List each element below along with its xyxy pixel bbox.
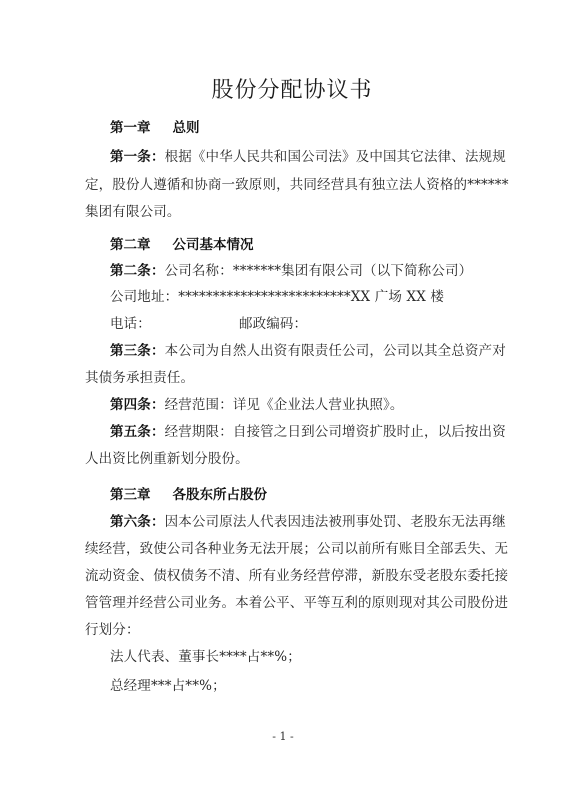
article-6-line-4: 管管理并经营公司业务。本着公平、平等互利的原则现对其公司股份进 <box>85 594 463 612</box>
chapter-1-label: 第一章 <box>110 120 151 136</box>
chapter-3-heading: 第三章各股东所占股份 <box>110 486 267 504</box>
article-2-label: 第二条： <box>110 263 165 279</box>
shareholder-item: 总经理***占**%； <box>110 677 463 695</box>
article-3-line-2: 其债务承担责任。 <box>85 369 463 387</box>
article-1-text: 根据《中华人民共和国公司法》及中国其它法律、法规规 <box>165 149 506 165</box>
chapter-2-name: 公司基本情况 <box>173 237 254 253</box>
chapter-2-label: 第二章 <box>110 237 151 253</box>
article-1-line-1: 第一条：根据《中华人民共和国公司法》及中国其它法律、法规规 <box>110 148 463 166</box>
article-5-label: 第五条： <box>110 424 165 440</box>
article-4-label: 第四条： <box>110 397 165 413</box>
phone-label: 电话： <box>110 316 151 332</box>
article-2: 第二条：公司名称：*******集团有限公司（以下简称公司） <box>110 262 463 280</box>
article-2-text: 公司名称：*******集团有限公司（以下简称公司） <box>165 263 473 279</box>
article-6-line-2: 续经营，致使公司各种业务无法开展；公司以前所有账目全部丢失、无 <box>85 540 463 558</box>
article-1-label: 第一条： <box>110 149 165 165</box>
article-3-line-1: 第三条：本公司为自然人出资有限责任公司，公司以其全总资产对 <box>110 342 463 360</box>
article-6-line-5: 行划分： <box>85 621 463 639</box>
article-4: 第四条：经营范围：详见《企业法人营业执照》。 <box>110 396 463 414</box>
article-3-text: 本公司为自然人出资有限责任公司，公司以其全总资产对 <box>165 343 506 359</box>
chapter-3-label: 第三章 <box>110 487 151 503</box>
page-number: - 1 - <box>0 730 566 744</box>
article-6-text: 因本公司原法人代表因违法被刑事处罚、老股东无法再继 <box>165 514 506 530</box>
article-4-text: 经营范围：详见《企业法人营业执照》。 <box>165 397 404 413</box>
article-3-label: 第三条： <box>110 343 165 359</box>
article-5-line-2: 人出资比例重新划分股份。 <box>85 450 463 468</box>
article-6-line-1: 第六条：因本公司原法人代表因违法被刑事处罚、老股东无法再继 <box>110 513 463 531</box>
chapter-1-heading: 第一章总则 <box>110 119 200 137</box>
company-address: 公司地址：*************************XX 广场 XX 楼 <box>110 288 463 306</box>
document-title: 股份分配协议书 <box>0 78 566 104</box>
article-5-line-1: 第五条：经营期限：自接管之日到公司增资扩股时止，以后按出资 <box>110 423 463 441</box>
chapter-1-name: 总则 <box>173 120 200 136</box>
chapter-3-name: 各股东所占股份 <box>173 487 268 503</box>
article-5-text: 经营期限：自接管之日到公司增资扩股时止，以后按出资 <box>165 424 506 440</box>
contact-line: 电话：邮政编码： <box>110 315 463 333</box>
article-1-line-3: 集团有限公司。 <box>85 203 463 221</box>
article-1-line-2: 定，股份人遵循和协商一致原则，共同经营具有独立法人资格的****** <box>85 176 463 194</box>
postcode-label: 邮政编码： <box>239 316 307 332</box>
article-6-label: 第六条： <box>110 514 165 530</box>
document-page: 股份分配协议书 第一章总则 第一条：根据《中华人民共和国公司法》及中国其它法律、… <box>0 0 566 800</box>
article-6-line-3: 流动资金、债权债务不清、所有业务经营停滞，新股东受老股东委托接 <box>85 567 463 585</box>
shareholder-item: 法人代表、董事长****占**%； <box>110 648 463 666</box>
chapter-2-heading: 第二章公司基本情况 <box>110 236 254 254</box>
